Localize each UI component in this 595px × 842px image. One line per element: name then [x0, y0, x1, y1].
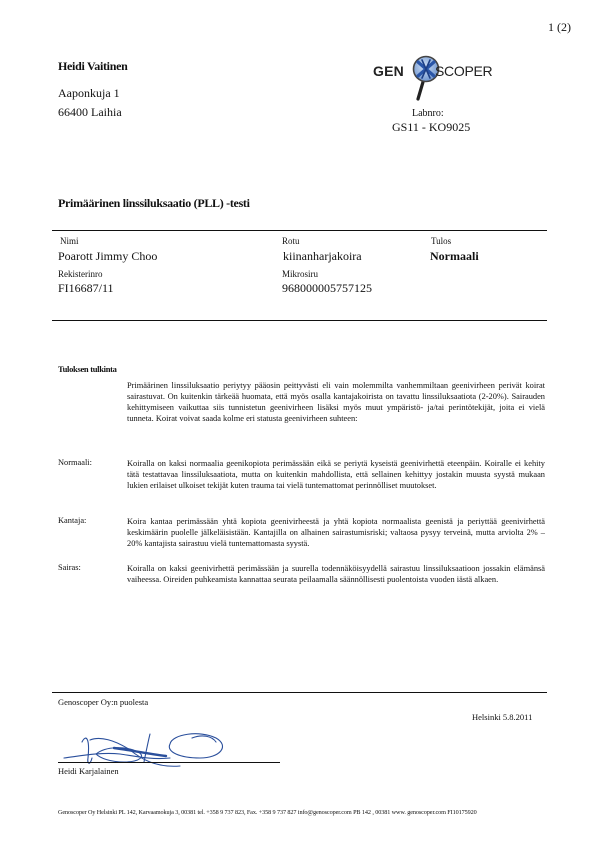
status-text-affected: Koiralla on kaksi geenivirhettä perimäss…: [127, 563, 545, 585]
field-label-name: Nimi: [60, 236, 79, 246]
recipient-postal: 66400 Laihia: [58, 105, 122, 120]
status-text-carrier: Koira kantaa perimässään yhtä kopiota ge…: [127, 516, 545, 549]
field-value-registry: FI16687/11: [58, 281, 114, 296]
signature-line: [58, 762, 280, 763]
field-value-name: Poarott Jimmy Choo: [58, 249, 157, 264]
page-number: 1 (2): [548, 20, 571, 35]
status-label-affected: Sairas:: [58, 563, 81, 572]
place-date: Helsinki 5.8.2011: [472, 712, 532, 722]
recipient-street: Aaponkuja 1: [58, 86, 120, 101]
interpretation-intro: Primäärinen linssiluksaatio periytyy pää…: [127, 380, 545, 424]
genoscoper-logo: GEN SCOPER: [373, 55, 513, 105]
interpretation-title: Tuloksen tulkinta: [58, 364, 117, 374]
field-label-microchip: Mikrosiru: [282, 269, 318, 279]
lab-number-value: GS11 - KO9025: [392, 120, 470, 135]
field-label-registry: Rekisterinro: [58, 269, 103, 279]
recipient-name: Heidi Vaitinen: [58, 59, 128, 74]
field-value-breed: kiinanharjakoira: [283, 249, 362, 264]
divider-middle: [52, 320, 547, 321]
logo-text-scoper: SCOPER: [435, 63, 492, 79]
field-label-result: Tulos: [431, 236, 451, 246]
on-behalf-text: Genoscoper Oy:n puolesta: [58, 697, 148, 707]
status-label-normal: Normaali:: [58, 458, 92, 467]
field-value-microchip: 968000005757125: [282, 281, 372, 296]
logo-text-gen: GEN: [373, 63, 404, 79]
document-title: Primäärinen linssiluksaatio (PLL) -testi: [58, 196, 250, 211]
company-footer: Genoscoper Oy Helsinki PL 142, Karvaamok…: [58, 808, 548, 817]
field-label-breed: Rotu: [282, 236, 300, 246]
status-label-carrier: Kantaja:: [58, 516, 86, 525]
lab-number-label: Labnro:: [412, 108, 444, 119]
field-value-result: Normaali: [430, 249, 479, 264]
signer-name: Heidi Karjalainen: [58, 766, 119, 776]
divider-signoff: [52, 692, 547, 693]
divider-top: [52, 230, 547, 231]
status-text-normal: Koiralla on kaksi normaalia geenikopiota…: [127, 458, 545, 491]
